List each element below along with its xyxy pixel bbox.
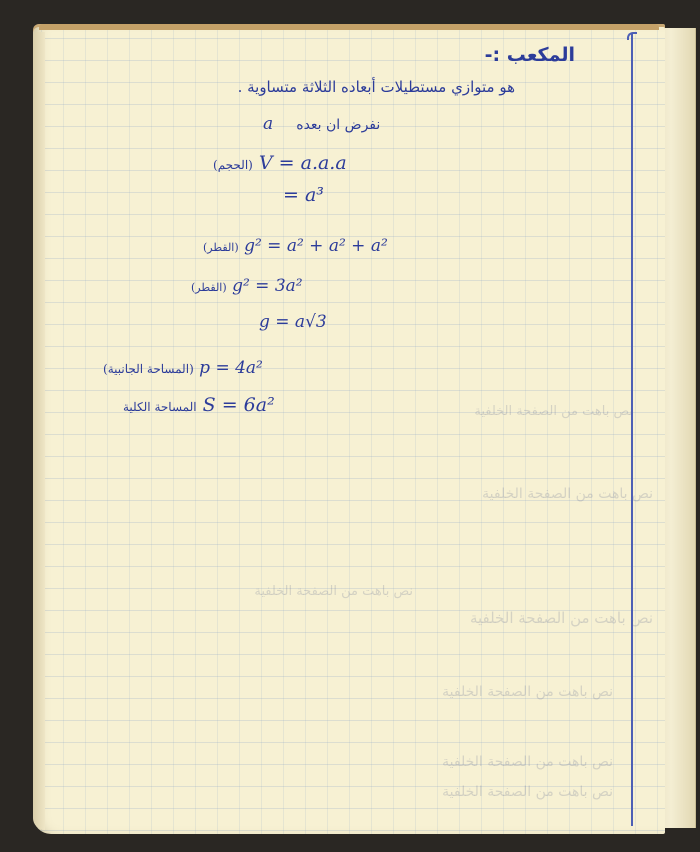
formula-expr: V = a.a.a — [259, 152, 347, 174]
notebook-page: نص باهت من الصفحة الخلفية نص باهت من الص… — [33, 24, 665, 834]
margin-line — [631, 34, 633, 826]
formula-diagonal: g = a√3 — [259, 312, 327, 332]
formula-label: (الحجم) — [213, 158, 253, 172]
variable-a: a — [263, 114, 273, 134]
formula-label: (المساحة الجانبية) — [103, 362, 194, 376]
formula-expr: g² = 3a² — [232, 276, 303, 296]
formula-volume-result: = a³ — [283, 184, 324, 206]
bleed-through-text: نص باهت من الصفحة الخلفية — [113, 584, 413, 599]
formula-expr: p = 4a² — [199, 358, 263, 378]
notebook: نص باهت من الصفحة الخلفية نص باهت من الص… — [33, 24, 695, 834]
formula-lateral-area: (المساحة الجانبية) p = 4a² — [103, 358, 263, 378]
formula-total-area: المساحة الكلية S = 6a² — [123, 394, 275, 416]
formula-volume: (الحجم) V = a.a.a — [213, 152, 347, 174]
formula-label: المساحة الكلية — [123, 400, 197, 414]
definition-line: هو متوازي مستطيلات أبعاده الثلاثة متساوي… — [238, 78, 515, 96]
page-top-edge — [39, 24, 659, 30]
formula-label: (القطر) — [191, 281, 227, 294]
formula-expr: g² = a² + a² + a² — [244, 236, 388, 256]
bleed-through-text: نص باهت من الصفحة الخلفية — [93, 784, 613, 800]
heading: المكعب :- — [485, 44, 575, 66]
formula-label: (القطر) — [203, 241, 239, 254]
formula-diagonal-squared: (القطر) g² = 3a² — [191, 276, 303, 296]
assumption-text: نفرض ان بعده — [296, 117, 380, 133]
bleed-through-text: نص باهت من الصفحة الخلفية — [53, 754, 613, 770]
bleed-through-text: نص باهت من الصفحة الخلفية — [53, 684, 613, 700]
bleed-through-text: نص باهت من الصفحة الخلفية — [93, 609, 653, 627]
formula-expr: S = 6a² — [203, 394, 275, 416]
page-spine-edge — [33, 32, 45, 830]
assumption-line: a نفرض ان بعده — [263, 114, 380, 134]
formula-diagonal-sum: (القطر) g² = a² + a² + a² — [203, 236, 388, 256]
bleed-through-text: نص باهت من الصفحة الخلفية — [93, 486, 653, 502]
